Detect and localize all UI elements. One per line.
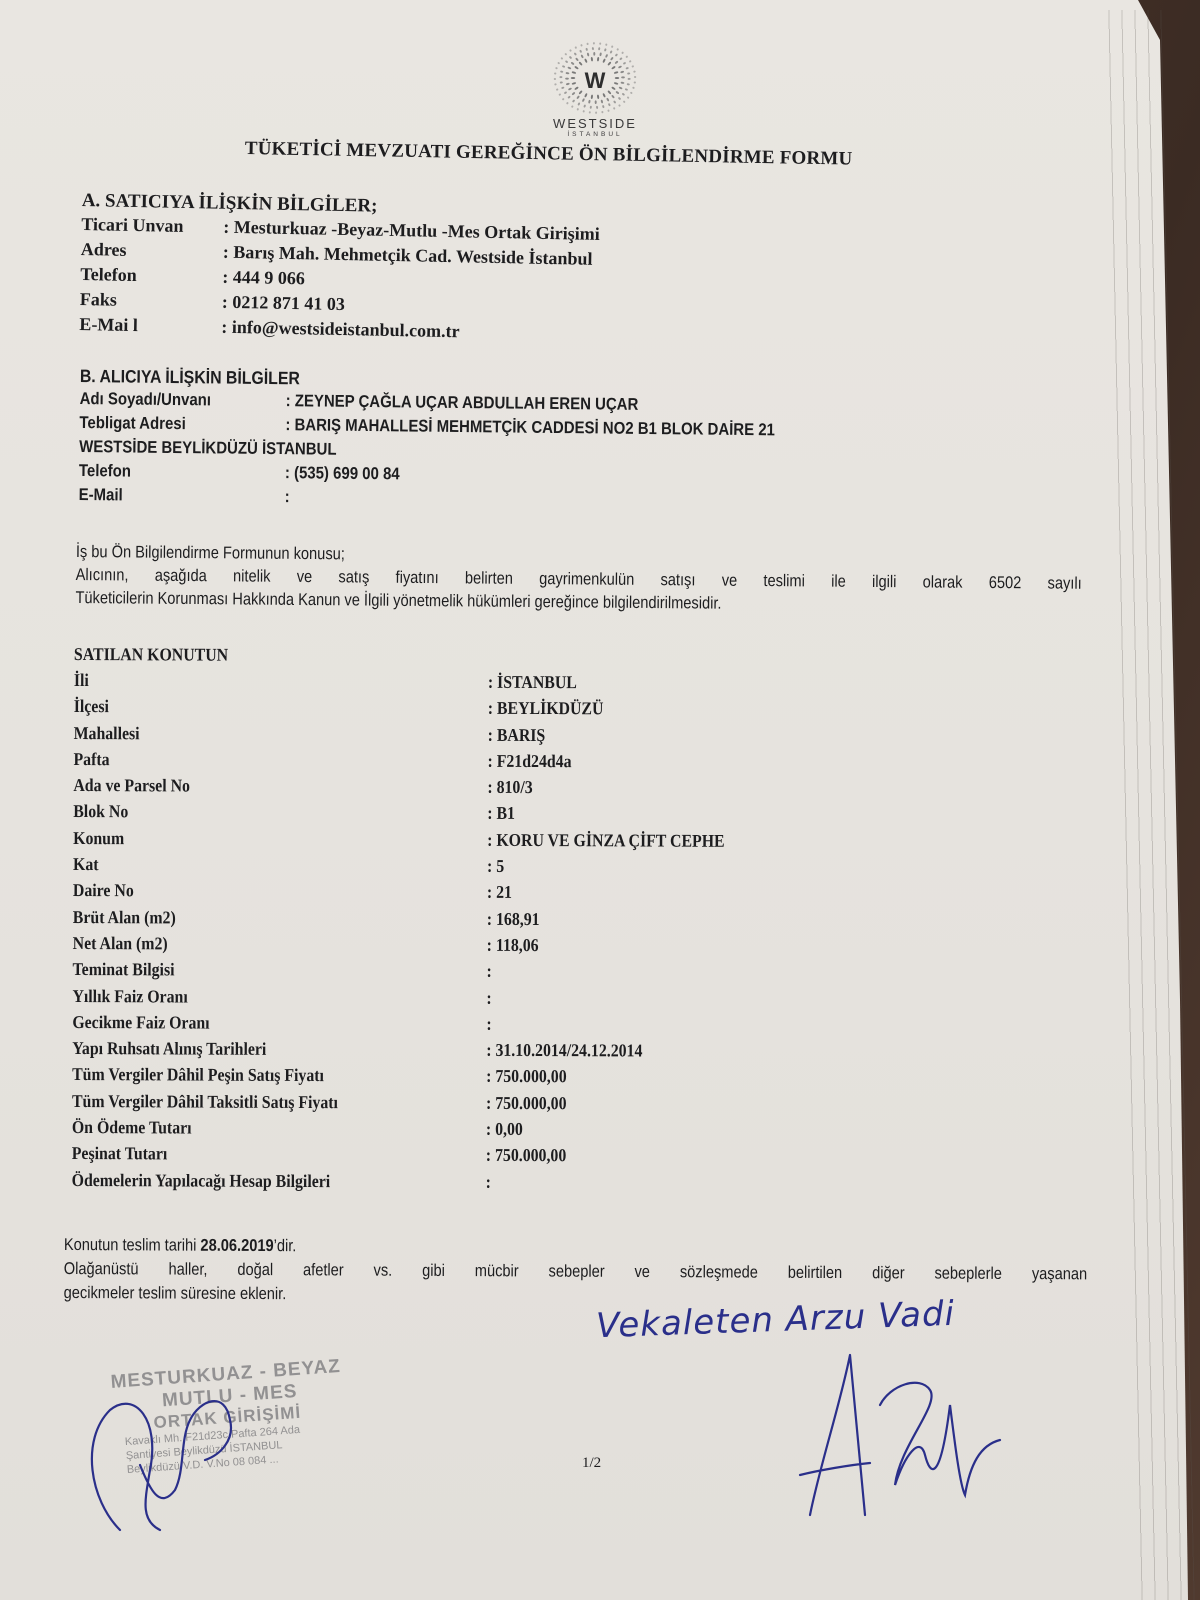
word: 6502 [989,571,1022,594]
field-row: Ada ve Parsel No: 810/3 [73,775,757,804]
field-row: Ön Ödeme Tutarı: 0,00 [72,1117,756,1146]
word: belirten [465,566,513,589]
field-label: Gecikme Faiz Oranı [72,1012,486,1040]
field-label: İlçesi [74,696,488,724]
word: sözleşmede [680,1260,758,1284]
field-label: İli [74,670,488,698]
field-label: Tüm Vergiler Dâhil Peşin Satış Fiyatı [72,1064,486,1092]
field-value: : 444 9 066 [222,267,305,294]
buyer-section: B. ALICIYA İLİŞKİN BİLGİLER Adı Soyadı/U… [79,366,843,517]
buyer-signature-icon [790,1345,1020,1525]
field-label: Teminat Bilgisi [73,959,487,987]
field-label: Blok No [73,801,487,829]
field-label: Konum [73,828,487,856]
field-value: : [284,487,289,511]
field-label: E-Mai l [79,314,221,342]
field-row: Pafta: F21d24d4a [73,749,757,778]
delivery-date: 28.06.2019 [200,1236,273,1255]
field-value: : 810/3 [487,777,539,804]
field-row: Ödemelerin Yapılacağı Hesap Bilgileri: [72,1170,756,1199]
westside-logo: W WESTSIDE İSTANBUL [535,42,655,138]
seller-section: A. SATICIYA İLİŞKİN BİLGİLER; Ticari Unv… [79,190,600,349]
field-label: Pafta [73,749,487,777]
word: ve [297,565,313,588]
word: teslimi [763,569,805,592]
word: ile [831,570,846,593]
field-value: : 750.000,00 [486,1093,578,1120]
word: mücbir [475,1259,519,1283]
word: fiyatını [396,566,439,589]
field-label: Ada ve Parsel No [73,775,487,803]
field-value: : (535) 699 00 84 [285,463,400,488]
field-row: Yıllık Faiz Oranı: [72,986,756,1015]
intro-paragraph: İş bu Ön Bilgilendirme Formunun konusu; … [75,540,1086,618]
word: doğal [237,1258,273,1282]
field-label: Brüt Alan (m2) [73,907,487,935]
field-value: : B1 [487,803,519,829]
field-row: Konum: KORU VE GİNZA ÇİFT CEPHE [73,828,757,857]
field-label: Kat [73,854,487,882]
field-value: : 0,00 [486,1119,528,1145]
property-heading: SATILAN KONUTUN [74,644,676,673]
field-label: Ticari Unvan [81,214,223,242]
field-value: : 168,91 [487,908,547,935]
field-row: Mahallesi: BARIŞ [74,723,758,752]
word: gibi [422,1259,445,1283]
word: olarak [923,570,963,593]
field-value: : [486,987,492,1013]
word: diğer [872,1261,905,1285]
field-value: : İSTANBUL [488,672,589,699]
property-section: SATILAN KONUTUN İli: İSTANBULİlçesi: BEY… [72,644,758,1199]
word: sebeplerle [934,1262,1002,1286]
company-stamp: MESTURKUAZ - BEYAZ MUTLU - MES ORTAK GİR… [110,1351,417,1478]
word: vs. [374,1259,393,1283]
field-label: Peşinat Tutarı [72,1143,486,1171]
word: Olağanüstü [64,1257,139,1281]
page-number: 1/2 [582,1455,601,1472]
field-label: Tüm Vergiler Dâhil Taksitli Satış Fiyatı [72,1091,486,1119]
word: aşağıda [155,564,207,587]
field-value: : 118,06 [487,935,546,962]
delivery-prefix: Konutun teslim tarihi [64,1235,201,1255]
field-label: Mahallesi [74,723,488,751]
word: gayrimenkulün [539,567,634,591]
word: ve [722,569,738,592]
document: W WESTSIDE İSTANBUL TÜKETİCİ MEVZUATI GE… [0,0,1200,1600]
field-value: : F21d24d4a [487,751,583,778]
field-value: : [487,961,493,987]
field-label: Ön Ödeme Tutarı [72,1117,486,1145]
field-label: Daire No [73,880,487,908]
field-label: Ödemelerin Yapılacağı Hesap Bilgileri [72,1170,486,1198]
field-label: Telefon [79,461,261,487]
word: afetler [303,1258,344,1282]
field-value: : 5 [487,856,507,882]
delivery-suffix: ’dir. [274,1236,297,1255]
field-value: : BARIŞ [488,724,554,751]
field-value: : 750.000,00 [486,1066,578,1093]
field-value: : 0212 871 41 03 [222,292,345,319]
word: haller, [168,1258,207,1282]
field-value: : [486,1171,492,1197]
word: Alıcının, [76,563,129,586]
field-row: Tüm Vergiler Dâhil Peşin Satış Fiyatı: 7… [72,1064,756,1093]
field-value: : BEYLİKDÜZÜ [488,698,620,725]
field-value: : 21 [487,882,516,908]
field-label: Telefon [80,264,222,292]
logo-sub: İSTANBUL [535,131,655,138]
field-label: E-Mail [79,485,261,511]
field-value: : 750.000,00 [486,1145,578,1172]
word: ilgili [872,570,897,593]
form-title: TÜKETİCİ MEVZUATI GEREĞİNCE ÖN BİLGİLEND… [245,138,853,171]
field-row: Gecikme Faiz Oranı: [72,1012,756,1041]
field-row: Yapı Ruhsatı Alınış Tarihleri: 31.10.201… [72,1038,756,1067]
field-label: Faks [80,289,222,317]
word: yaşanan [1032,1262,1087,1286]
word: belirtilen [788,1261,843,1285]
field-label: Net Alan (m2) [73,933,487,961]
field-row: İlçesi: BEYLİKDÜZÜ [74,696,758,725]
field-row: Blok No: B1 [73,801,757,830]
field-row: Peşinat Tutarı: 750.000,00 [72,1143,756,1172]
word: satış [338,565,369,588]
field-value: : KORU VE GİNZA ÇİFT CEPHE [487,830,757,857]
logo-brand: WESTSIDE [535,116,655,131]
field-label: Adres [81,239,223,267]
word: sebepler [548,1260,604,1284]
delivery-paragraph: Konutun teslim tarihi 28.06.2019’dir. Ol… [64,1233,1200,1311]
field-row: Brüt Alan (m2): 168,91 [73,907,757,936]
field-label: Tebligat Adresi [79,413,261,439]
word: sayılı [1047,571,1081,594]
field-row: Daire No: 21 [73,880,757,909]
word: satışı [660,568,695,591]
word: nitelik [233,564,271,587]
field-row: Tüm Vergiler Dâhil Taksitli Satış Fiyatı… [72,1091,756,1120]
field-value: : info@westsideistanbul.com.tr [221,317,460,347]
westside-w-logo-icon: W [553,42,637,114]
field-value: : ZEYNEP ÇAĞLA UÇAR ABDULLAH EREN UÇAR [285,391,638,419]
field-row: Net Alan (m2): 118,06 [73,933,757,962]
field-row: İli: İSTANBUL [74,670,758,699]
field-label: Yapı Ruhsatı Alınış Tarihleri [72,1038,486,1066]
word: ve [634,1260,650,1284]
field-label: Adı Soyadı/Unvanı [80,389,262,415]
field-value: : [486,1014,492,1040]
field-label: Yıllık Faiz Oranı [72,986,486,1014]
field-value: : 31.10.2014/24.12.2014 [486,1040,664,1067]
field-row: Teminat Bilgisi: [73,959,757,988]
field-row: Kat: 5 [73,854,757,883]
svg-text:W: W [585,68,606,93]
